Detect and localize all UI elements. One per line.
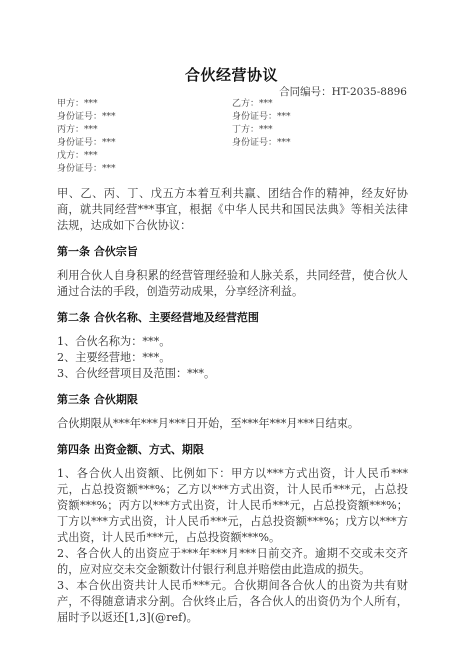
section-3-paragraph: 合伙期限从***年***月***日开始，至***年***月***日结束。 — [57, 416, 408, 432]
preamble-paragraph: 甲、乙、丙、丁、戊五方本着互利共赢、团结合作的精神，经友好协商，就共同经营***… — [57, 186, 408, 234]
section-4-item-1: 1、各合伙人出资额、比例如下：甲方以***方式出资，计人民币***元，占总投资额… — [57, 466, 408, 546]
party-b-id: 身份证号：*** — [232, 111, 407, 124]
party-e-name: 戊方：*** — [57, 150, 232, 163]
party-e-id: 身份证号：*** — [57, 163, 232, 176]
section-4-item-3: 3、本合伙出资共计人民币***元。合伙期间各合伙人的出资为共有财产，不得随意请求… — [57, 578, 408, 626]
party-empty — [232, 150, 407, 163]
party-c-name: 丙方：*** — [57, 124, 232, 137]
party-a-id: 身份证号：*** — [57, 111, 232, 124]
section-4-item-2: 2、各合伙人的出资应于***年***月***日前交齐。逾期不交或未交齐的，应对应… — [57, 546, 408, 578]
party-row: 身份证号：*** — [57, 163, 407, 176]
section-heading-4: 第四条 出资金额、方式、期限 — [57, 442, 408, 458]
section-heading-3: 第三条 合伙期限 — [57, 392, 408, 408]
section-2-item-1: 1、合伙名称为：***。 — [57, 334, 408, 350]
contract-number: 合同编号：HT-2035-8896 — [279, 84, 407, 99]
party-b-name: 乙方：*** — [232, 98, 407, 111]
party-row: 戊方：*** — [57, 150, 407, 163]
party-d-name: 丁方：*** — [232, 124, 407, 137]
party-d-id: 身份证号：*** — [232, 137, 407, 150]
party-empty — [232, 163, 407, 176]
party-c-id: 身份证号：*** — [57, 137, 232, 150]
document-body: 甲、乙、丙、丁、戊五方本着互利共赢、团结合作的精神，经友好协商，就共同经营***… — [57, 186, 408, 626]
section-heading-2: 第二条 合伙名称、主要经营地及经营范围 — [57, 310, 408, 326]
party-row: 甲方：*** 乙方：*** — [57, 98, 407, 111]
section-heading-1: 第一条 合伙宗旨 — [57, 244, 408, 260]
document-title: 合伙经营协议 — [0, 64, 463, 85]
section-1-paragraph: 利用合伙人自身积累的经营管理经验和人脉关系，共同经营，使合伙人通过合法的手段，创… — [57, 268, 408, 300]
party-a-name: 甲方：*** — [57, 98, 232, 111]
section-2-item-2: 2、主要经营地：***。 — [57, 350, 408, 366]
party-info-block: 甲方：*** 乙方：*** 身份证号：*** 身份证号：*** 丙方：*** 丁… — [57, 98, 407, 176]
section-2-item-3: 3、合伙经营项目及范围：***。 — [57, 366, 408, 382]
party-row: 丙方：*** 丁方：*** — [57, 124, 407, 137]
party-row: 身份证号：*** 身份证号：*** — [57, 111, 407, 124]
party-row: 身份证号：*** 身份证号：*** — [57, 137, 407, 150]
document-page: 合伙经营协议 合同编号：HT-2035-8896 甲方：*** 乙方：*** 身… — [0, 0, 463, 655]
